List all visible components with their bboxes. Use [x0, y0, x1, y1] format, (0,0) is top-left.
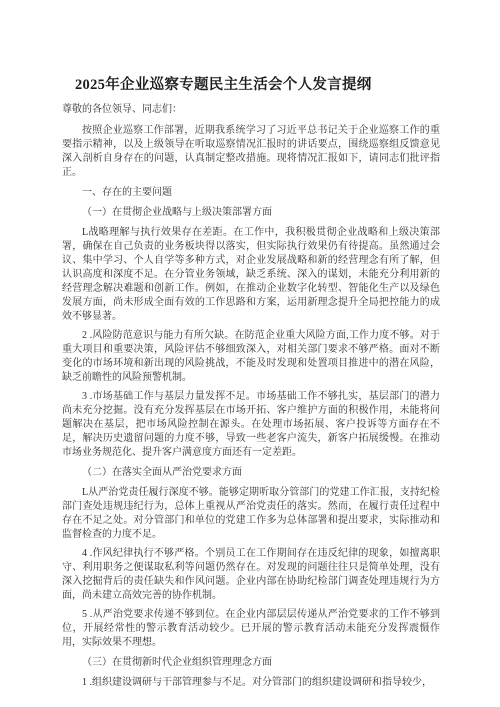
paragraph-party-responsibility: L从严治党责任履行深度不够。能够定期听取分管部门的党建工作汇报，支持纪检部门查处… [62, 486, 440, 542]
paragraph-strategy-gap: L战略理解与执行效果存在差距。在工作中，我积极贯彻企业战略和上级决策部署，确保在… [62, 226, 440, 324]
section-heading-main-problems: 一、存在的主要问题 [62, 186, 440, 200]
paragraph-org-research: 1 .组织建设调研与干部管理参与不足。对分管部门的组织建设调研和指导较少， [62, 676, 440, 690]
sub-heading-party-discipline: （二）在落实全面从严治党要求方面 [62, 466, 440, 480]
document-title: 2025年企业巡察专题民主生活会个人发言提纲 [75, 73, 440, 94]
paragraph-market-basics: 3 .市场基础工作与基层力量发挥不足。市场基础工作不够扎实，基层部门的潜力尚未充… [62, 390, 440, 460]
paragraph-intro: 按照企业巡察工作部署，近期我系统学习了习近平总书记关于企业巡察工作的重要指示精神… [62, 124, 440, 180]
sub-heading-strategy: （一）在贯彻企业战略与上级决策部署方面 [62, 206, 440, 220]
sub-heading-org-management: （三）在贯彻新时代企业组织管理理念方面 [62, 656, 440, 670]
paragraph-work-style: 4 .作风纪律执行不够严格。个别员工在工作期间存在违反纪律的现象，如擅离职守、利… [62, 547, 440, 603]
paragraph-requirement-transmission: 5 .从严治党要求传递不够到位。在企业内部层层传递从严治党要求的工作不够到位，开… [62, 608, 440, 650]
salutation-line: 尊敬的各位领导、同志们： [62, 103, 440, 117]
paragraph-risk-awareness: 2 .风险防范意识与能力有所欠缺。在防范企业重大风险方面,工作力度不够。对于重大… [62, 329, 440, 385]
document-page: 2025年企业巡察专题民主生活会个人发言提纲 尊敬的各位领导、同志们： 按照企业… [0, 0, 500, 707]
